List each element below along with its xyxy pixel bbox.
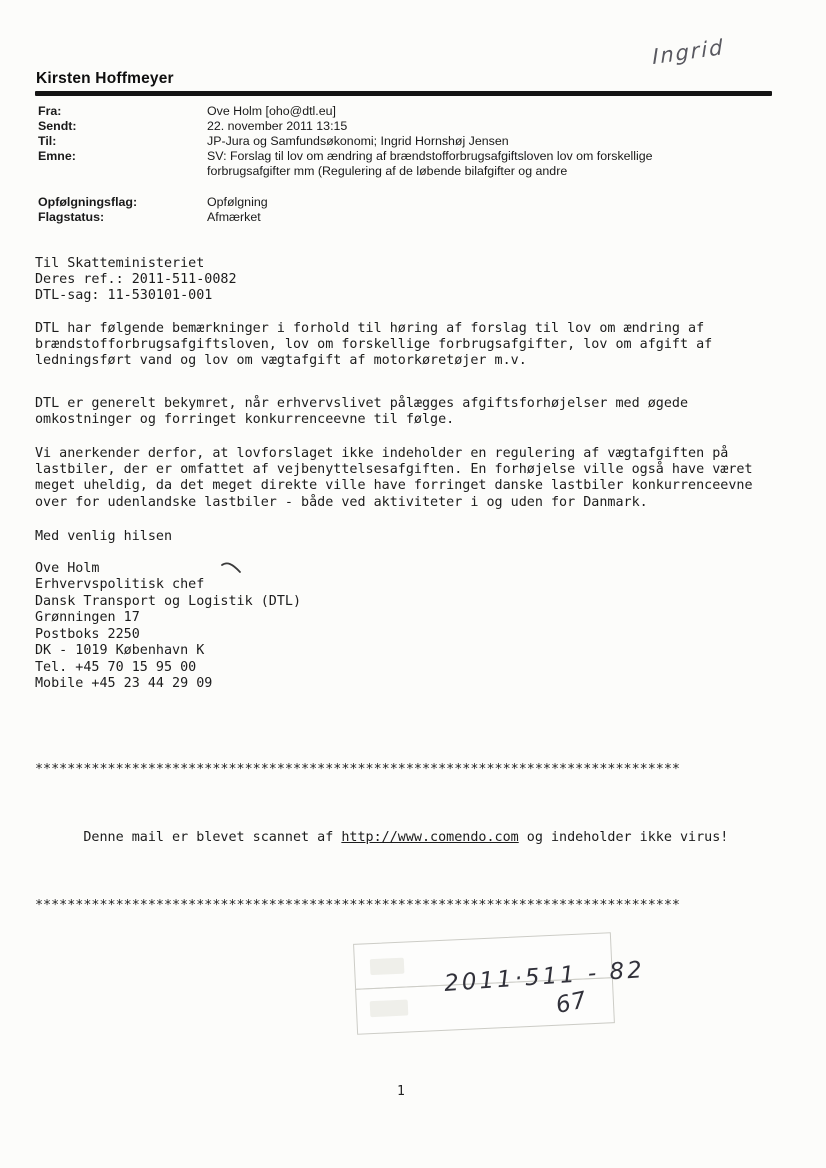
body-paragraph-3: Vi anerkender derfor, at lovforslaget ik… — [35, 446, 753, 511]
stamp-smudge — [370, 999, 409, 1017]
virus-scan-banner: ****************************************… — [35, 727, 728, 948]
header-divider-rule — [35, 91, 772, 96]
field-label-til: Til: — [38, 134, 207, 149]
field-label-fra: Fra: — [38, 104, 207, 119]
field-label-emne: Emne: — [38, 149, 207, 179]
field-value-flagstatus: Afmærket — [207, 210, 268, 225]
asterisk-line-bottom: ****************************************… — [35, 897, 728, 914]
recipient-name: Kirsten Hoffmeyer — [36, 70, 174, 88]
field-label-sendt: Sendt: — [38, 119, 207, 134]
field-value-emne: SV: Forslag til lov om ændring af brænds… — [207, 149, 653, 179]
scan-notice-line: Denne mail er blevet scannet af http://w… — [35, 812, 728, 863]
asterisk-line-top: ****************************************… — [35, 761, 728, 778]
field-value-sendt: 22. november 2011 13:15 — [207, 119, 653, 134]
signature-block: Ove Holm Erhvervspolitisk chef Dansk Tra… — [35, 561, 301, 693]
email-flag-fields: Opfølgningsflag: Opfølgning Flagstatus: … — [38, 195, 268, 225]
reference-block: Til Skatteministeriet Deres ref.: 2011-5… — [35, 256, 237, 305]
field-value-opfoelgningsflag: Opfølgning — [207, 195, 268, 210]
scanned-email-document: Ingrid Kirsten Hoffmeyer Fra: Ove Holm [… — [0, 0, 826, 1168]
scan-notice-prefix: Denne mail er blevet scannet af — [83, 830, 341, 845]
stamp-smudge — [370, 958, 405, 976]
field-label-opfoelgningsflag: Opfølgningsflag: — [38, 195, 207, 210]
body-paragraph-2: DTL er generelt bekymret, når erhvervsli… — [35, 396, 688, 428]
email-header-fields: Fra: Ove Holm [oho@dtl.eu] Sendt: 22. no… — [38, 104, 653, 179]
closing-line: Med venlig hilsen — [35, 529, 172, 545]
field-value-fra: Ove Holm [oho@dtl.eu] — [207, 104, 653, 119]
page-number: 1 — [397, 1084, 405, 1099]
body-paragraph-1: DTL har følgende bemærkninger i forhold … — [35, 321, 712, 370]
field-label-flagstatus: Flagstatus: — [38, 210, 207, 225]
handwritten-annotation-ingrid: Ingrid — [652, 35, 725, 69]
scan-url: http://www.comendo.com — [341, 830, 518, 845]
scan-notice-suffix: og indeholder ikke virus! — [519, 830, 729, 845]
field-value-til: JP-Jura og Samfundsøkonomi; Ingrid Horns… — [207, 134, 653, 149]
